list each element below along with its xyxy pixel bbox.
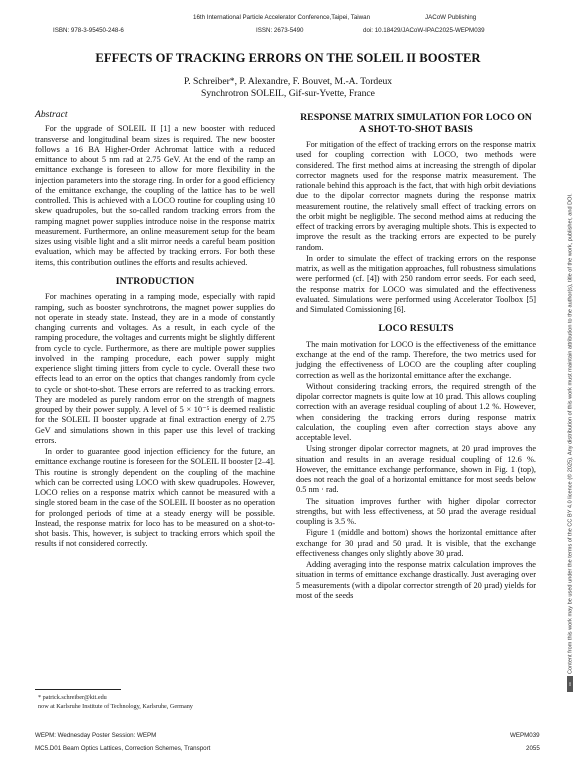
footnote-email[interactable]: * patrick.schreiber@kit.edu — [38, 694, 107, 701]
license-sidebar: ccContent from this work may be used und… — [567, 193, 573, 692]
left-column: Abstract For the upgrade of SOLEIL II [1… — [35, 110, 275, 550]
loco-results-heading: LOCO RESULTS — [296, 323, 536, 335]
footnote-rule — [35, 689, 121, 690]
abstract-text: For the upgrade of SOLEIL II [1] a new b… — [35, 124, 275, 268]
rm-paragraph-1: For mitigation of the effect of tracking… — [296, 140, 536, 253]
affiliation: Synchrotron SOLEIL, Gif-sur-Yvette, Fran… — [0, 88, 576, 99]
right-column: RESPONSE MATRIX SIMULATION FOR LOCO ON A… — [296, 112, 536, 601]
cc-license-icon: cc — [567, 676, 573, 692]
introduction-heading: INTRODUCTION — [35, 276, 275, 288]
response-matrix-heading: RESPONSE MATRIX SIMULATION FOR LOCO ON A… — [296, 112, 536, 135]
paper-title: EFFECTS OF TRACKING ERRORS ON THE SOLEIL… — [0, 51, 576, 66]
author-list: P. Schreiber*, P. Alexandre, F. Bouvet, … — [0, 76, 576, 87]
footer-session: WEPM: Wednesday Poster Session: WEPM — [35, 732, 156, 739]
loco-paragraph-5: Figure 1 (middle and bottom) shows the h… — [296, 528, 536, 559]
isbn: ISBN: 978-3-95450-248-6 — [53, 27, 124, 34]
page-number: 2055 — [526, 745, 540, 752]
intro-paragraph-1: For machines operating in a ramping mode… — [35, 292, 275, 446]
loco-paragraph-4: The situation improves further with high… — [296, 497, 536, 528]
loco-paragraph-1: The main motivation for LOCO is the effe… — [296, 340, 536, 381]
license-text: Content from this work may be used under… — [567, 193, 573, 674]
issn: ISSN: 2673-5490 — [256, 27, 303, 34]
footnote-note: now at Karlsruhe Institute of Technology… — [38, 703, 193, 710]
loco-paragraph-6: Adding averaging into the response matri… — [296, 560, 536, 601]
footer-classification: MC5.D01 Beam Optics Lattices, Correction… — [35, 745, 210, 752]
loco-paragraph-3: Using stronger dipolar corrector magnets… — [296, 444, 536, 495]
abstract-heading: Abstract — [35, 110, 275, 120]
publisher-name: JACoW Publishing — [425, 14, 476, 21]
doi[interactable]: doi: 10.18429/JACoW-IPAC2025-WEPM039 — [363, 27, 485, 34]
rm-paragraph-2: In order to simulate the effect of track… — [296, 254, 536, 316]
intro-paragraph-2: In order to guarantee good injection eff… — [35, 447, 275, 550]
footer-paper-id: WEPM039 — [510, 732, 540, 739]
loco-paragraph-2: Without considering tracking errors, the… — [296, 382, 536, 444]
conference-name: 16th International Particle Accelerator … — [193, 14, 370, 21]
